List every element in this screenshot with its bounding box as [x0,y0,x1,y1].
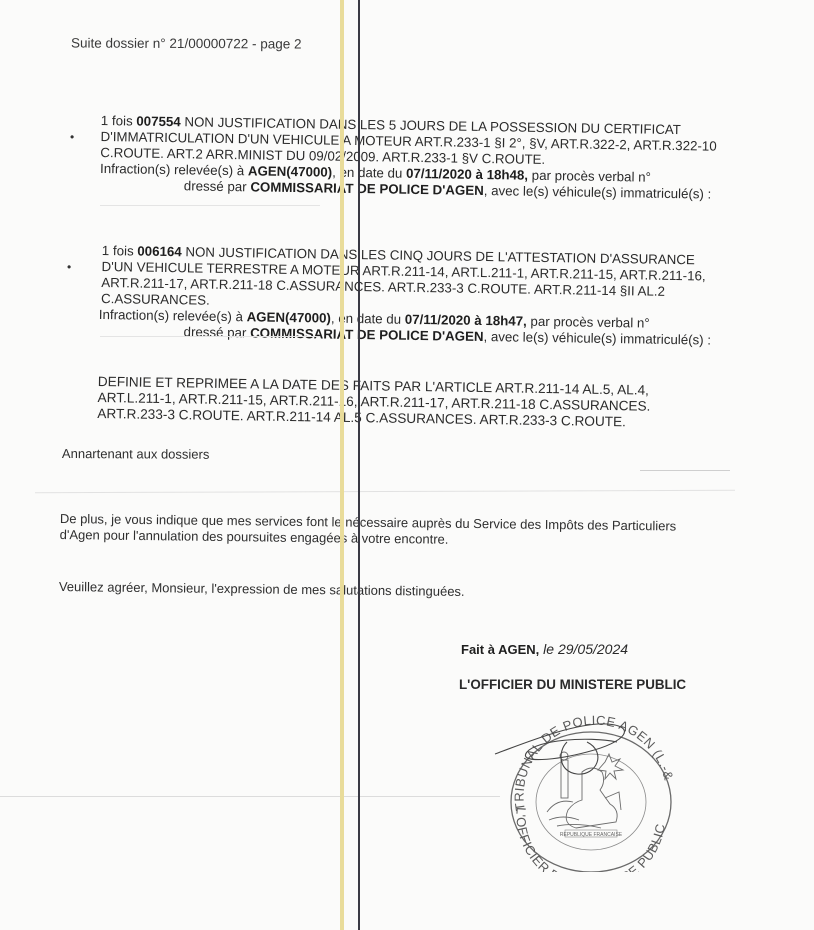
svg-text:L'OFFICIER DU MINISTERE PUBLIC: L'OFFICIER DU MINISTERE PUBLIC [513,807,668,872]
scanned-letter-page: Suite dossier n° 21/00000722 - page 2 • … [0,0,814,930]
svg-text:REPUBLIQUE FRANCAISE: REPUBLIQUE FRANCAISE [560,832,623,838]
redacted-line [35,490,735,493]
scan-artifact-yellow-line [340,0,344,930]
redacted-line [100,336,320,337]
dossier-header: Suite dossier n° 21/00000722 - page 2 [71,35,302,51]
redacted-line [100,205,320,206]
scan-artifact-dark-line [358,0,360,930]
faint-scan-line [0,796,500,797]
infraction-code: 006164 [137,244,182,260]
signature-place-date: Fait à AGEN, le 29/05/2024 [461,641,628,657]
infraction-item-2: 1 fois 006164 NON JUSTIFICATION DANS LES… [100,243,712,349]
bullet-icon: • [67,260,71,274]
infraction-code: 007554 [136,114,181,130]
infraction-item-1: 1 fois 007554 NON JUSTIFICATION DANS LES… [100,113,717,203]
definition-block: DEFINIE ET REPRIMEE A LA DATE DES FAITS … [97,374,651,431]
redacted-line [640,470,730,471]
paragraph-annulation: De plus, je vous indique que mes service… [60,511,677,551]
bullet-icon: • [70,130,74,144]
appartenant-label: Annartenant aux dossiers [62,446,210,463]
signature-title: L'OFFICIER DU MINISTERE PUBLIC [459,677,686,692]
paragraph-salutations: Veuillez agréer, Monsieur, l'expression … [59,579,465,600]
official-stamp-icon: TRIBUNAL DE POLICE AGEN (L.-&-G.) L'OFFI… [487,712,687,872]
